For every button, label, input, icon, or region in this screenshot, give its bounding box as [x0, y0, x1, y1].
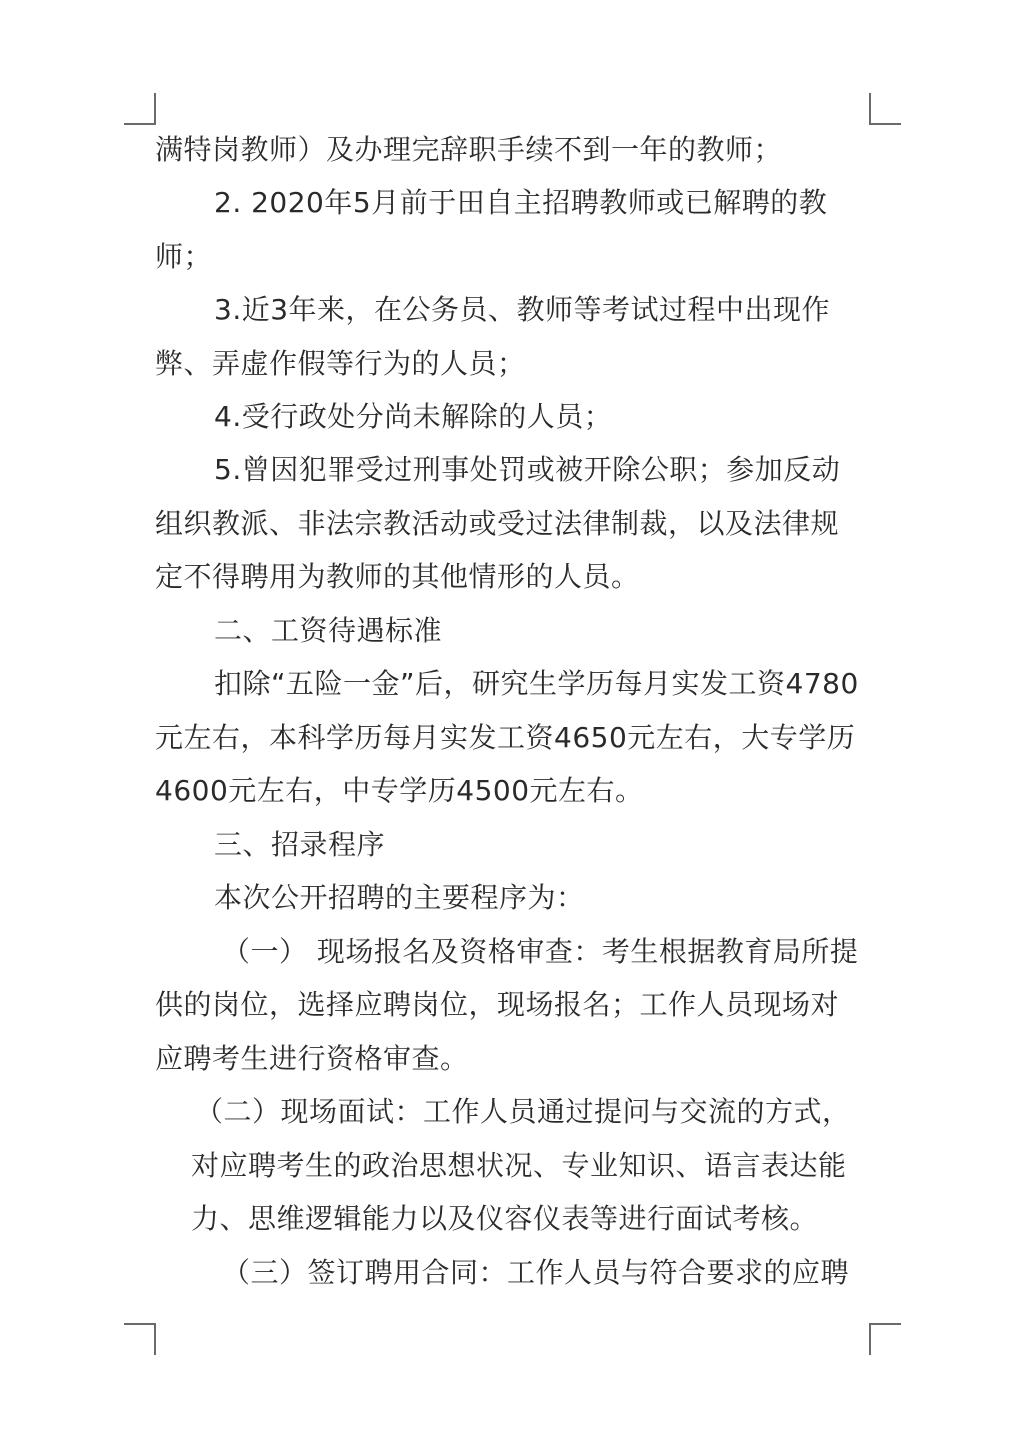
text-line: 弊、弄虚作假等行为的人员； — [155, 347, 526, 381]
text-line: 元左右，本科学历每月实发工资4650元左右，大专学历 — [155, 721, 855, 755]
crop-mark-bottom-right — [869, 1323, 901, 1355]
text-line: 力、思维逻辑能力以及仪容仪表等进行面试考核。 — [191, 1202, 818, 1236]
text-line: 应聘考生进行资格审查。 — [155, 1042, 469, 1076]
text-line: （三）签订聘用合同：工作人员与符合要求的应聘 — [222, 1256, 849, 1290]
text-line: 4600元左右，中专学历4500元左右。 — [155, 774, 644, 808]
text-line: 扣除“五险一金”后，研究生学历每月实发工资4780 — [214, 667, 859, 701]
text-line: 4.受行政处分尚未解除的人员； — [214, 400, 612, 434]
text-line: 供的岗位，选择应聘岗位，现场报名；工作人员现场对 — [155, 988, 839, 1022]
text-line: 2. 2020年5月前于田自主招聘教师或已解聘的教 — [214, 186, 827, 220]
crop-mark-top-left — [124, 93, 156, 125]
text-line: 本次公开招聘的主要程序为： — [214, 881, 585, 915]
document-page: 满特岗教师）及办理完辞职手续不到一年的教师； 2. 2020年5月前于田自主招聘… — [0, 0, 1024, 1447]
text-line: 满特岗教师）及办理完辞职手续不到一年的教师； — [155, 133, 782, 167]
text-line: （一） 现场报名及资格审查：考生根据教育局所提 — [222, 935, 858, 969]
crop-mark-top-right — [869, 93, 901, 125]
text-line: 定不得聘用为教师的其他情形的人员。 — [155, 560, 640, 594]
text-line: 对应聘考生的政治思想状况、专业知识、语言表达能 — [191, 1149, 847, 1183]
text-line: （二）现场面试：工作人员通过提问与交流的方式， — [195, 1095, 851, 1129]
section-heading-procedure: 三、招录程序 — [214, 828, 385, 862]
text-line: 3.近3年来，在公务员、教师等考试过程中出现作 — [214, 293, 830, 327]
crop-mark-bottom-left — [124, 1323, 156, 1355]
text-line: 师； — [155, 240, 212, 274]
text-line: 5.曾因犯罪受过刑事处罚或被开除公职；参加反动 — [214, 453, 840, 487]
text-line: 组织教派、非法宗教活动或受过法律制裁，以及法律规 — [155, 507, 839, 541]
section-heading-salary: 二、工资待遇标准 — [214, 614, 442, 648]
